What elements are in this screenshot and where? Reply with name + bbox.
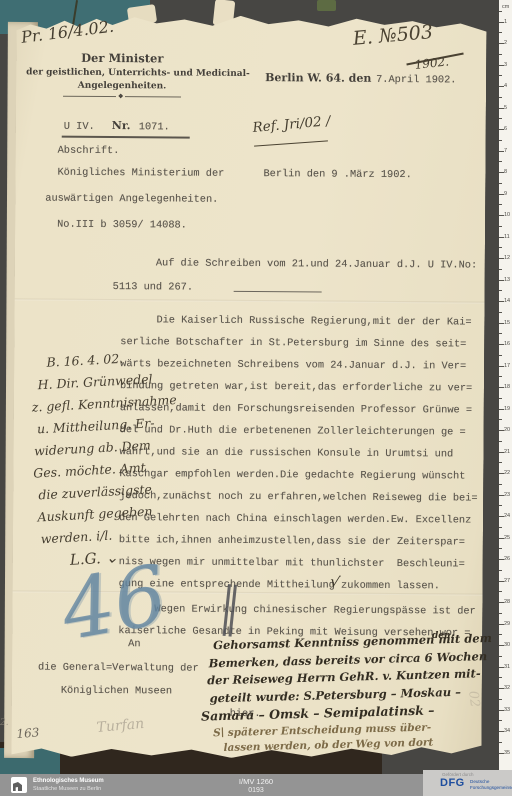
ruler-tick xyxy=(499,172,504,173)
ruler-label: 14 xyxy=(504,298,510,304)
ruler-halftick xyxy=(499,75,502,76)
ruler-label: 31 xyxy=(504,664,510,670)
ruler-label: 13 xyxy=(504,277,510,283)
ruler-label: 9 xyxy=(504,191,507,197)
ruler-halftick xyxy=(499,419,502,420)
subject-line: Auf die Schreiben vom 21.und 24.Januar d… xyxy=(113,251,477,278)
ruler-tick xyxy=(499,237,504,238)
letterhead-ornament-icon: ❖ xyxy=(116,93,125,100)
ruler-halftick xyxy=(499,398,502,399)
body-line: Die Kaiserlich Russische Regierung,mit d… xyxy=(120,309,479,334)
ruler-label: 8 xyxy=(504,169,507,175)
ruler-tick xyxy=(499,323,504,324)
ruler-label: 30 xyxy=(504,642,510,648)
ruler-tick xyxy=(499,108,504,109)
subject-line: 5113 und 267. xyxy=(113,275,477,302)
ruler-tick xyxy=(499,688,504,689)
ruler-label: 5 xyxy=(504,105,507,111)
ruler-halftick xyxy=(499,699,502,700)
ruler-label: 6 xyxy=(504,126,507,132)
ruler-label: 35 xyxy=(504,750,510,756)
ruler: cm 1234567891011121314151617181920212223… xyxy=(499,0,512,774)
ruler-tick xyxy=(499,65,504,66)
ruler-halftick xyxy=(499,484,502,485)
ruler-halftick xyxy=(499,140,502,141)
ruler-tick xyxy=(499,710,504,711)
ruler-tick xyxy=(499,258,504,259)
ruler-halftick xyxy=(499,333,502,334)
ruler-halftick xyxy=(499,656,502,657)
address-line1: die General=Verwaltung der xyxy=(38,662,199,675)
ruler-label: 27 xyxy=(504,578,510,584)
ruler-halftick xyxy=(499,355,502,356)
pencil-folio-number: 163 xyxy=(16,725,40,741)
ruler-label: 16 xyxy=(504,341,510,347)
ruler-tick xyxy=(499,86,504,87)
ruler-halftick xyxy=(499,183,502,184)
ruler-tick xyxy=(499,581,504,582)
green-tab xyxy=(317,0,336,11)
ruler-label: 34 xyxy=(504,728,510,734)
ruler-label: 21 xyxy=(504,449,510,455)
ruler-tick xyxy=(499,344,504,345)
ruler-halftick xyxy=(499,290,502,291)
ruler-tick xyxy=(499,280,504,281)
ruler-tick xyxy=(499,473,504,474)
ruler-halftick xyxy=(499,269,502,270)
letterhead-line2: der geistlichen, Unterrichts- und Medici… xyxy=(26,67,218,78)
file-ref-number: 1071. xyxy=(139,121,170,133)
ruler-halftick xyxy=(499,161,502,162)
ruler-tick xyxy=(499,667,504,668)
ruler-tick xyxy=(499,194,504,195)
ruler-halftick xyxy=(499,742,502,743)
subject-block: Auf die Schreiben vom 21.und 24.Januar d… xyxy=(113,251,478,302)
ruler-tick xyxy=(499,516,504,517)
ruler-label: 23 xyxy=(504,492,510,498)
ruler-tick xyxy=(499,538,504,539)
ruler-tick xyxy=(499,22,504,23)
address-line2: Königlichen Museen xyxy=(61,685,172,698)
abschrift-label: Abschrift. xyxy=(58,145,120,157)
letterhead-divider: ❖ xyxy=(63,96,181,98)
ruler-tick xyxy=(499,731,504,732)
ruler-label: 22 xyxy=(504,470,510,476)
ruler-label: 18 xyxy=(504,384,510,390)
ruler-halftick xyxy=(499,204,502,205)
body-line: Wegen Erwirkung chinesischer Regierungsp… xyxy=(118,598,475,622)
ruler-halftick xyxy=(499,376,502,377)
ruler-halftick xyxy=(499,11,502,12)
pencil-edge-number: 2. xyxy=(0,718,9,728)
ruler-label: 17 xyxy=(504,363,510,369)
ruler-halftick xyxy=(499,226,502,227)
ruler-tick xyxy=(499,129,504,130)
letterhead-line3: Angelegenheiten. xyxy=(26,80,218,91)
ruler-tick xyxy=(499,624,504,625)
ruler-halftick xyxy=(499,677,502,678)
ruler-tick xyxy=(499,301,504,302)
ruler-halftick xyxy=(499,720,502,721)
blue-crayon-mark: 46 xyxy=(55,548,174,660)
ruler-halftick xyxy=(499,570,502,571)
ruler-tick xyxy=(499,387,504,388)
file-ref-dept: U IV. xyxy=(64,121,95,133)
ruler-tick xyxy=(499,366,504,367)
ruler-label: 11 xyxy=(504,234,510,240)
ruler-tick xyxy=(499,559,504,560)
ruler-halftick xyxy=(499,247,502,248)
ruler-label: 24 xyxy=(504,513,510,519)
ruler-label: 20 xyxy=(504,427,510,433)
ruler-halftick xyxy=(499,591,502,592)
ruler-tick xyxy=(499,602,504,603)
ruler-halftick xyxy=(499,548,502,549)
body-line: gung eine entsprechende Mittheilung zuko… xyxy=(119,573,478,598)
ruler-halftick xyxy=(499,54,502,55)
ruler-halftick xyxy=(499,97,502,98)
ruler-tick xyxy=(499,409,504,410)
dfg-name-line2: Forschungsgemeinschaft xyxy=(470,785,512,790)
letterhead-line1: Der Minister xyxy=(26,50,218,65)
scan-viewer: Der Minister der geistlichen, Unterricht… xyxy=(0,0,512,796)
sender-line1: Königliches Ministerium der xyxy=(57,167,224,180)
ruler-unit-label: cm xyxy=(502,4,509,10)
ruler-label: 15 xyxy=(504,320,510,326)
ruler-halftick xyxy=(499,32,502,33)
ruler-tick xyxy=(499,495,504,496)
file-number: No.III b 3059/ 14088. xyxy=(57,219,187,232)
ruler-tick xyxy=(499,43,504,44)
ruler-tick xyxy=(499,430,504,431)
ruler-halftick xyxy=(499,441,502,442)
ruler-label: 10 xyxy=(504,212,510,218)
copy-date: Berlin den 9 .März 1902. xyxy=(263,168,411,181)
ruler-label: 1 xyxy=(504,19,507,25)
ruler-label: 32 xyxy=(504,685,510,691)
letterhead: Der Minister der geistlichen, Unterricht… xyxy=(26,50,218,97)
ruler-tick xyxy=(499,151,504,152)
ruler-label: 7 xyxy=(504,148,507,154)
ruler-halftick xyxy=(499,312,502,313)
ruler-label: 25 xyxy=(504,535,510,541)
ruler-halftick xyxy=(499,118,502,119)
file-ref-nr-label: Nr. xyxy=(112,119,131,132)
ruler-label: 12 xyxy=(504,255,510,261)
ruler-halftick xyxy=(499,462,502,463)
ruler-label: 29 xyxy=(504,621,510,627)
ruler-label: 26 xyxy=(504,556,510,562)
ruler-halftick xyxy=(499,527,502,528)
sender-line2: auswärtigen Angelegenheiten. xyxy=(45,193,218,206)
ruler-label: 19 xyxy=(504,406,510,412)
ruler-tick xyxy=(499,645,504,646)
ruler-label: 3 xyxy=(504,62,507,68)
ruler-label: 4 xyxy=(504,83,507,89)
ruler-halftick xyxy=(499,505,502,506)
dfg-logo: DFG xyxy=(440,777,465,789)
ruler-halftick xyxy=(499,634,502,635)
ruler-tick xyxy=(499,753,504,754)
ruler-halftick xyxy=(499,613,502,614)
ruler-label: 2 xyxy=(504,40,507,46)
dateline-printed: Berlin W. 64. den xyxy=(265,71,371,85)
dateline-typed: 7.April 1902. xyxy=(376,74,456,87)
ruler-tick xyxy=(499,215,504,216)
faint-margin-scribble: 02 xyxy=(465,690,482,708)
file-ref-underline xyxy=(62,136,190,138)
dfg-logo-box: Gefördert durch DFG Deutsche Forschungsg… xyxy=(423,770,512,796)
ruler-tick xyxy=(499,452,504,453)
ruler-label: 28 xyxy=(504,599,510,605)
ruler-label: 33 xyxy=(504,707,510,713)
dfg-name-line1: Deutsche xyxy=(470,779,489,784)
